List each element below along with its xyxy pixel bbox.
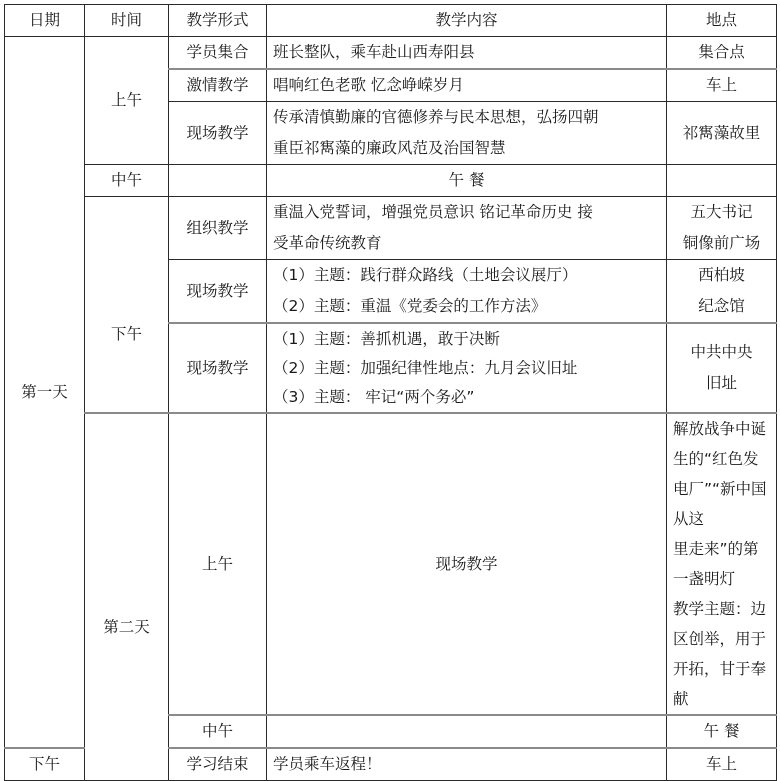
day1-label: 第一天: [5, 37, 85, 565]
day1-afternoon-label: 下午: [85, 197, 169, 414]
content-line: （3）主题： 牢记“两个务必”: [273, 383, 660, 412]
content-line: 重温入党誓词，增强党员意识 铭记革命历史 接: [273, 197, 660, 228]
content-line: 重臣祁寯藻的廉政风范及治国智慧: [273, 133, 660, 164]
form-cell: [169, 165, 267, 197]
form-cell: 现场教学: [267, 413, 667, 564]
header-content: 教学内容: [267, 5, 667, 37]
table-row: 下午 组织教学 重温入党誓词，增强党员意识 铭记革命历史 接 受革命传统教育 五…: [5, 197, 777, 260]
table-row: 第一天 上午 学员集合 班长整队，乘车赴山西寿阳县 集合点: [5, 37, 777, 70]
header-place: 地点: [667, 5, 777, 37]
form-cell: 现场教学: [169, 102, 267, 165]
place-cell: 中共中央 旧址: [667, 323, 777, 413]
day1-noon-label: 中午: [85, 165, 169, 197]
place-line: 铜像前广场: [673, 228, 770, 259]
place-cell: 五大书记 铜像前广场: [667, 197, 777, 260]
content-cell: 解放战争中诞生的“红色发电厂”“新中国从这 里走来”的第一盏明灯 教学主题：边区…: [667, 413, 777, 564]
day2-morning-label: 上午: [169, 413, 267, 564]
place-line: 西柏坡: [673, 260, 770, 291]
form-cell: 现场教学: [169, 323, 267, 413]
content-cell: 传承清慎勤廉的官德修养与民本思想，弘扬四朝 重臣祁寯藻的廉政风范及治国智慧: [267, 102, 667, 165]
table-row: 中午 午 餐: [5, 165, 777, 197]
place-line: 旧址: [673, 368, 770, 399]
place-cell: 车上: [667, 69, 777, 102]
place-line: 中共中央: [673, 337, 770, 368]
place-line: 纪念馆: [673, 291, 770, 322]
header-form: 教学形式: [169, 5, 267, 37]
content-line: （1）主题：善抓机遇，敢于决断: [273, 325, 660, 354]
content-cell: 重温入党誓词，增强党员意识 铭记革命历史 接 受革命传统教育: [267, 197, 667, 260]
day2-label: 第二天: [85, 413, 169, 564]
content-cell: 唱响红色老歌 忆念峥嵘岁月: [267, 69, 667, 102]
place-cell: 集合点: [667, 37, 777, 70]
content-cell: （1）主题：善抓机遇，敢于决断 （2）主题：加强纪律性地点：九月会议旧址 （3）…: [267, 323, 667, 413]
form-cell: 激情教学: [169, 69, 267, 102]
place-line: 五大书记: [673, 197, 770, 228]
content-line: （2）主题：重温《党委会的工作方法》: [273, 291, 660, 322]
form-cell: 组织教学: [169, 197, 267, 260]
place-cell: 祁寯藻故里: [667, 102, 777, 165]
day1-morning-label: 上午: [85, 37, 169, 165]
place-cell: 西柏坡 纪念馆: [667, 260, 777, 324]
header-time: 时间: [85, 5, 169, 37]
content-line: 传承清慎勤廉的官德修养与民本思想，弘扬四朝: [273, 102, 660, 133]
table-row: 第二天 上午 现场教学 解放战争中诞生的“红色发电厂”“新中国从这 里走来”的第…: [5, 413, 777, 564]
place-cell: [667, 165, 777, 197]
content-cell: 班长整队，乘车赴山西寿阳县: [267, 37, 667, 70]
lunch-cell: 午 餐: [267, 165, 667, 197]
form-cell: 学员集合: [169, 37, 267, 70]
content-line: 受革命传统教育: [273, 228, 660, 259]
form-cell: 现场教学: [169, 260, 267, 324]
header-row: 日期 时间 教学形式 教学内容 地点: [5, 5, 777, 37]
content-line: 里走来”的第一盏明灯: [673, 534, 770, 564]
header-date: 日期: [5, 5, 85, 37]
content-line: （1）主题：践行群众路线（土地会议展厅）: [273, 260, 660, 291]
content-line: 解放战争中诞生的“红色发电厂”“新中国从这: [673, 414, 770, 534]
content-cell: （1）主题：践行群众路线（土地会议展厅） （2）主题：重温《党委会的工作方法》: [267, 260, 667, 324]
content-line: （2）主题：加强纪律性地点：九月会议旧址: [273, 354, 660, 383]
schedule-table: 日期 时间 教学形式 教学内容 地点 第一天 上午 学员集合 班长整队，乘车赴山…: [4, 4, 777, 564]
